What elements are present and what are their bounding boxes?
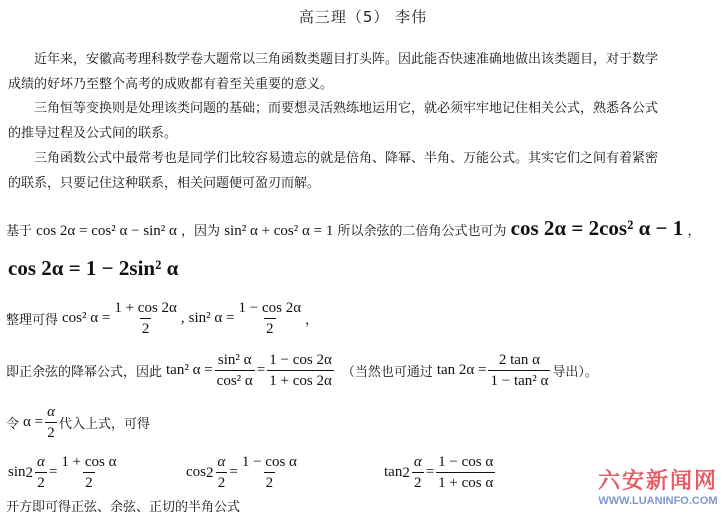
tan-squared-lhs: tan² α =	[166, 362, 213, 379]
fraction-numerator: 1 − cos α	[240, 452, 299, 472]
function-name: tan	[384, 464, 402, 481]
watermark-url: WWW.LUANINFO.COM	[598, 494, 718, 508]
substitution-suffix: 代入上式，可得	[59, 413, 150, 432]
fraction-denominator: 1 + cos α	[436, 472, 495, 493]
cos-squared-lhs: cos² α =	[62, 310, 110, 327]
fraction-numerator: α	[35, 452, 47, 472]
fraction-denominator: 2	[83, 472, 95, 493]
value-fraction: 1 − cos α 2	[240, 452, 299, 493]
fraction-denominator: cos² α	[215, 370, 255, 391]
paren-note-open: （当然也可通过	[342, 361, 433, 380]
derivation-line-1: 基于 cos 2α = cos² α − sin² α ，因为 sin² α +…	[6, 216, 700, 241]
paren-note-close: 导出）。	[552, 361, 598, 380]
fraction-numerator: 1 − cos 2α	[267, 350, 334, 370]
derivation-middle-text: ，因为	[181, 224, 220, 239]
derivation-end-punct: ，	[687, 224, 700, 239]
fraction-numerator: α	[45, 402, 57, 422]
argument-fraction: α 2	[412, 452, 424, 493]
half-alpha-fraction: α 2	[45, 402, 57, 443]
function-name: sin	[8, 464, 26, 481]
argument-fraction: α 2	[35, 452, 47, 493]
paragraph-3-line-1: 三角函数公式中最常考也是同学们比较容易遗忘的就是倍角、降幂、半角、万能公式。其实…	[34, 151, 658, 167]
paragraph-2-line-2: 的推导过程及公式间的联系。	[8, 126, 177, 142]
fraction-numerator: 1 − cos 2α	[236, 298, 303, 318]
cos-double-angle-sin-form: cos 2α = 1 − 2sin² α	[8, 256, 178, 281]
value-fraction: 1 − cos α 1 + cos α	[436, 452, 495, 493]
tan-squared-prefix: 即正余弦的降幂公式，因此	[6, 361, 162, 380]
argument-fraction: α 2	[216, 452, 228, 493]
closing-text: 开方即可得正弦、余弦、正切的半角公式	[6, 500, 240, 516]
separator: ,	[181, 310, 185, 327]
cos-double-angle-cos-form: cos 2α = 2cos² α − 1	[511, 216, 684, 240]
function-name: cos	[186, 464, 206, 481]
tan-squared-line: 即正余弦的降幂公式，因此 tan² α = sin² α cos² α = 1 …	[6, 350, 598, 391]
equals-sign: =	[49, 464, 57, 481]
paragraph-3-line-2: 的联系，只要记住这种联系，相关问题便可盈刃而解。	[8, 176, 320, 192]
fraction-denominator: 1 + cos 2α	[267, 370, 334, 391]
equals-sign: =	[426, 464, 434, 481]
site-watermark: 六安新闻网 WWW.LUANINFO.COM	[598, 470, 718, 508]
half-angle-sin-formula: sin2 α 2 = 1 + cos α 2	[8, 452, 120, 493]
fraction-numerator: 1 + cos 2α	[112, 298, 179, 318]
fraction-numerator: α	[216, 452, 228, 472]
fraction-denominator: 2	[264, 318, 276, 339]
end-punct: ，	[305, 309, 318, 328]
fraction-denominator: 2	[264, 472, 276, 493]
cos-ratio-fraction: 1 − cos 2α 1 + cos 2α	[267, 350, 334, 391]
fraction-denominator: 2	[412, 472, 424, 493]
value-fraction: 1 + cos α 2	[59, 452, 118, 493]
half-angle-cos-formula: cos2 α 2 = 1 − cos α 2	[186, 452, 301, 493]
power-reduction-prefix: 整理可得	[6, 309, 58, 328]
watermark-chinese: 六安新闻网	[598, 470, 718, 494]
alpha-lhs: α =	[23, 414, 43, 431]
cos-squared-fraction: 1 + cos 2α 2	[112, 298, 179, 339]
fraction-numerator: 1 + cos α	[59, 452, 118, 472]
pythagorean-identity: sin² α + cos² α = 1	[224, 223, 333, 239]
derivation-prefix: 基于	[6, 224, 32, 239]
fraction-denominator: 2	[140, 318, 152, 339]
sin-squared-fraction: 1 − cos 2α 2	[236, 298, 303, 339]
fraction-numerator: sin² α	[216, 350, 254, 370]
sin-squared-lhs: sin² α =	[189, 310, 235, 327]
page-title: 高三理（5） 李伟	[0, 6, 726, 27]
substitution-prefix: 令	[6, 413, 19, 432]
fraction-denominator: 1 − tan² α	[488, 370, 550, 391]
paragraph-1-line-1: 近年来，安徽高考理科数学卷大题常以三角函数类题目打头阵。因此能否快速准确地做出该…	[34, 52, 658, 68]
sin-over-cos-fraction: sin² α cos² α	[215, 350, 255, 391]
equals-sign: =	[229, 464, 237, 481]
paragraph-1-line-2: 成绩的好坏乃至整个高考的成败都有着至关重要的意义。	[8, 77, 333, 93]
substitution-line: 令 α = α 2 代入上式，可得	[6, 402, 150, 443]
paragraph-2-line-1: 三角恒等变换则是处理该类问题的基础；而要想灵活熟练地运用它，就必须牢牢地记住相关…	[34, 101, 658, 117]
fraction-numerator: 1 − cos α	[436, 452, 495, 472]
power-reduction-line: 整理可得 cos² α = 1 + cos 2α 2 , sin² α = 1 …	[6, 298, 318, 339]
equals-sign: =	[257, 362, 265, 379]
fraction-denominator: 2	[216, 472, 228, 493]
derivation-suffix-text: 所以余弦的二倍角公式也可为	[337, 224, 506, 239]
double-angle-formula: cos 2α = cos² α − sin² α	[36, 223, 177, 239]
tan-double-angle-fraction: 2 tan α 1 − tan² α	[488, 350, 550, 391]
tan-double-angle-lhs: tan 2α =	[437, 362, 487, 379]
fraction-denominator: 2	[35, 472, 47, 493]
fraction-denominator: 2	[45, 422, 57, 443]
fraction-numerator: 2 tan α	[497, 350, 542, 370]
half-angle-tan-formula: tan2 α 2 = 1 − cos α 1 + cos α	[384, 452, 497, 493]
fraction-numerator: α	[412, 452, 424, 472]
